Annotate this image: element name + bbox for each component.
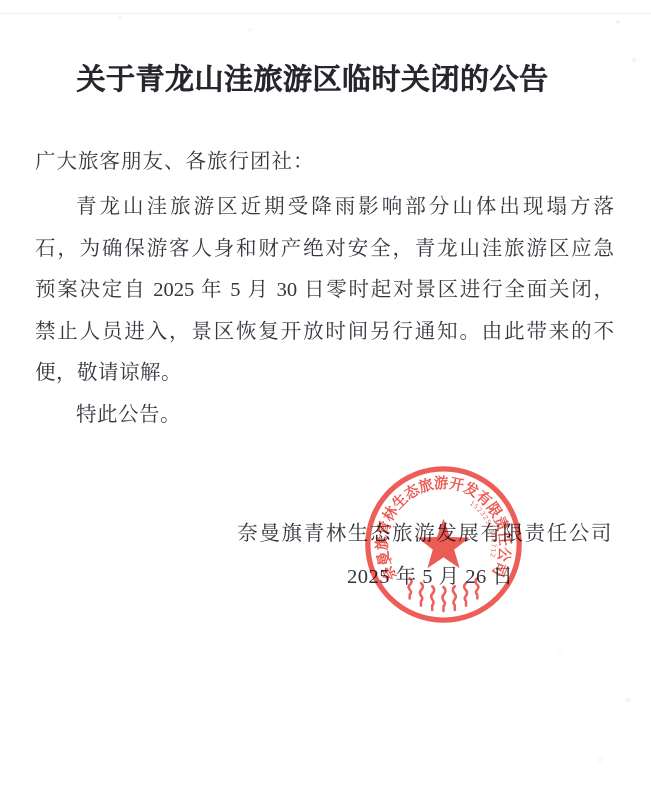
body-line: 特此公告。 (35, 395, 614, 437)
salutation: 广大旅客朋友、各旅行团社： (35, 149, 315, 175)
body-line: 石，为确保游客人身和财产绝对安全，青龙山洼旅游区应急 (35, 229, 614, 271)
signature-company: 奈曼旗青林生态旅游发展有限责任公司 (237, 521, 613, 547)
notice-body: 青龙山洼旅游区近期受降雨影响部分山体出现塌方落 石，为确保游客人身和财产绝对安全… (35, 187, 614, 436)
body-line: 预案决定自 2025 年 5 月 30 日零时起对景区进行全面关闭， (35, 270, 614, 312)
body-line: 便，敬请谅解。 (35, 353, 614, 395)
body-line: 青龙山洼旅游区近期受降雨影响部分山体出现塌方落 (35, 187, 614, 229)
body-line: 禁止人员进入，景区恢复开放时间另行通知。由此带来的不 (35, 312, 614, 354)
scan-artifact-line (0, 13, 651, 14)
signature-date: 2025 年 5 月 26 日 (347, 564, 513, 590)
notice-title: 关于青龙山洼旅游区临时关闭的公告 (0, 57, 651, 98)
notice-document: 关于青龙山洼旅游区临时关闭的公告 广大旅客朋友、各旅行团社： 青龙山洼旅游区近期… (0, 0, 651, 793)
ink-speckle (389, 558, 392, 561)
ink-speckle (499, 510, 501, 512)
